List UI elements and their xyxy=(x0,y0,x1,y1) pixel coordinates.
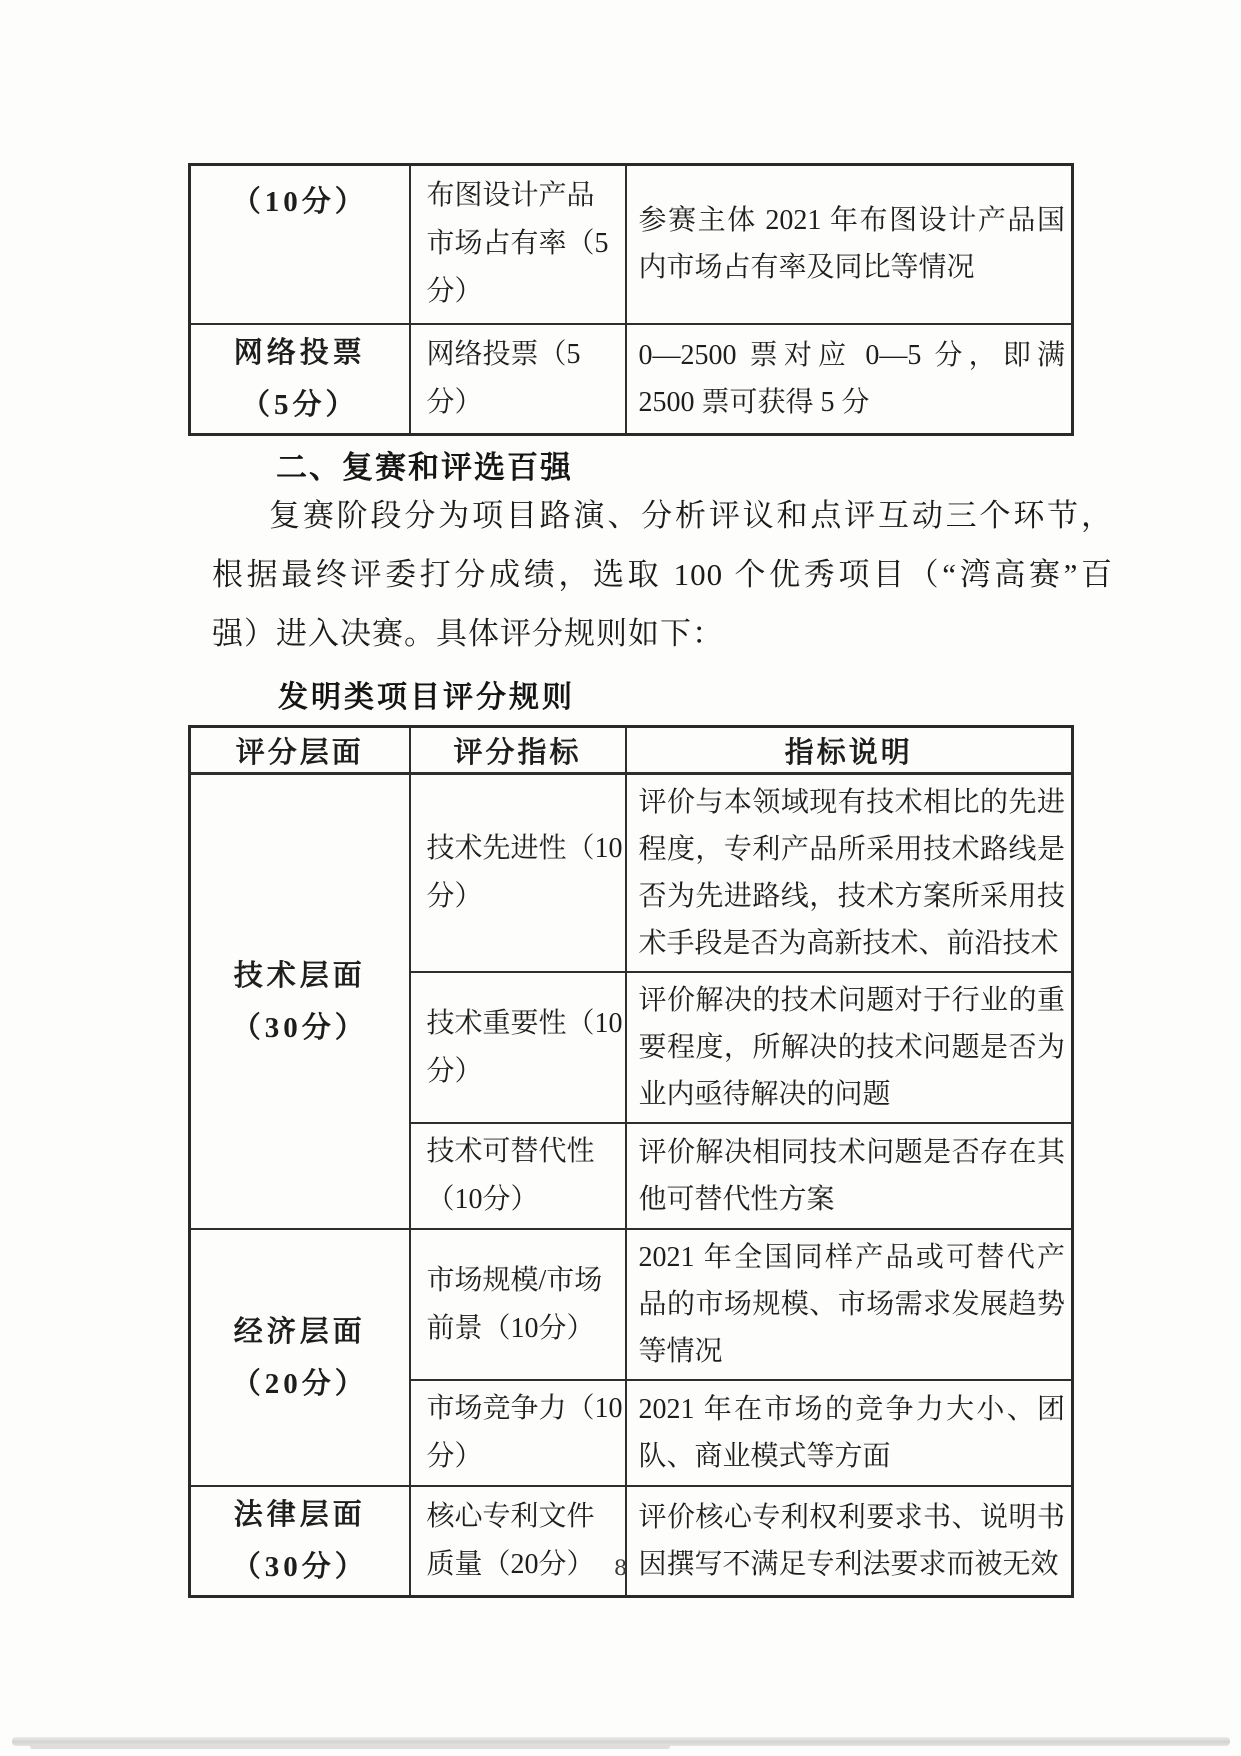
table-row: （10分）布图设计产品 市场占有率（5 分）参赛主体 2021 年布图设计产品国… xyxy=(190,165,1073,324)
score-level-cell: 经济层面 （20分） xyxy=(190,1229,410,1486)
indicator-description-cell: 0—2500 票对应 0—5 分，即满 2500 票可获得 5 分 xyxy=(626,324,1073,435)
score-indicator-cell: 技术重要性（10 分） xyxy=(410,972,626,1123)
indicator-description-cell: 评价与本领域现有技术相比的先进程度，专利产品所采用技术路线是否为先进路线，技术方… xyxy=(626,774,1073,973)
section-heading: 二、复赛和评选百强 xyxy=(276,442,573,487)
invention-scoring-table-body: 技术层面 （30分）技术先进性（10 分）评价与本领域现有技术相比的先进程度，专… xyxy=(190,774,1073,1597)
scan-artifact-strip-small xyxy=(30,1744,670,1749)
score-indicator-cell: 技术先进性（10 分） xyxy=(410,774,626,973)
indicator-description-cell: 2021 年在市场的竞争力大小、团队、商业模式等方面 xyxy=(626,1380,1073,1486)
header-indicator-description: 指标说明 xyxy=(626,727,1073,774)
table-row: 网络投票 （5分）网络投票（5分）0—2500 票对应 0—5 分，即满 250… xyxy=(190,324,1073,435)
score-indicator-cell: 网络投票（5分） xyxy=(410,324,626,435)
score-level-cell: 技术层面 （30分） xyxy=(190,774,410,1230)
body-paragraph: 复赛阶段分为项目路演、分析评议和点评互动三个环节，根据最终评委打分成绩，选取 1… xyxy=(212,486,1113,663)
page-number: 8 xyxy=(0,1556,1241,1580)
continued-score-table: （10分）布图设计产品 市场占有率（5 分）参赛主体 2021 年布图设计产品国… xyxy=(188,163,1074,436)
score-indicator-cell: 技术可替代性 （10分） xyxy=(410,1123,626,1229)
paragraph-line: 根据最终评委打分成绩，选取 100 个优秀项目（“湾高赛”百 xyxy=(212,545,1113,604)
score-level-cell: （10分） xyxy=(190,165,410,324)
header-score-level: 评分层面 xyxy=(190,727,410,774)
paragraph-line: 强）进入决赛。具体评分规则如下： xyxy=(212,604,1113,663)
invention-scoring-table: 评分层面 评分指标 指标说明 技术层面 （30分）技术先进性（10 分）评价与本… xyxy=(188,725,1074,1598)
indicator-description-cell: 参赛主体 2021 年布图设计产品国内市场占有率及同比等情况 xyxy=(626,165,1073,324)
continued-score-table-body: （10分）布图设计产品 市场占有率（5 分）参赛主体 2021 年布图设计产品国… xyxy=(190,165,1073,435)
score-indicator-cell: 布图设计产品 市场占有率（5 分） xyxy=(410,165,626,324)
header-score-indicator: 评分指标 xyxy=(410,727,626,774)
indicator-description-cell: 评价解决相同技术问题是否存在其他可替代性方案 xyxy=(626,1123,1073,1229)
score-indicator-cell: 市场规模/市场 前景（10分） xyxy=(410,1229,626,1380)
scoring-table-header-row: 评分层面 评分指标 指标说明 xyxy=(190,727,1073,774)
score-level-cell: 网络投票 （5分） xyxy=(190,324,410,435)
scoring-table-title: 发明类项目评分规则 xyxy=(278,672,575,716)
table-row: 技术层面 （30分）技术先进性（10 分）评价与本领域现有技术相比的先进程度，专… xyxy=(190,774,1073,973)
indicator-description-cell: 2021 年全国同样产品或可替代产品的市场规模、市场需求发展趋势等情况 xyxy=(626,1229,1073,1380)
score-indicator-cell: 市场竞争力（10 分） xyxy=(410,1380,626,1486)
paragraph-line: 复赛阶段分为项目路演、分析评议和点评互动三个环节， xyxy=(212,486,1113,545)
table-row: 经济层面 （20分）市场规模/市场 前景（10分）2021 年全国同样产品或可替… xyxy=(190,1229,1073,1380)
document-page: { "page": { "number": "8" }, "colors": {… xyxy=(0,0,1241,1756)
indicator-description-cell: 评价解决的技术问题对于行业的重要程度，所解决的技术问题是否为业内亟待解决的问题 xyxy=(626,972,1073,1123)
